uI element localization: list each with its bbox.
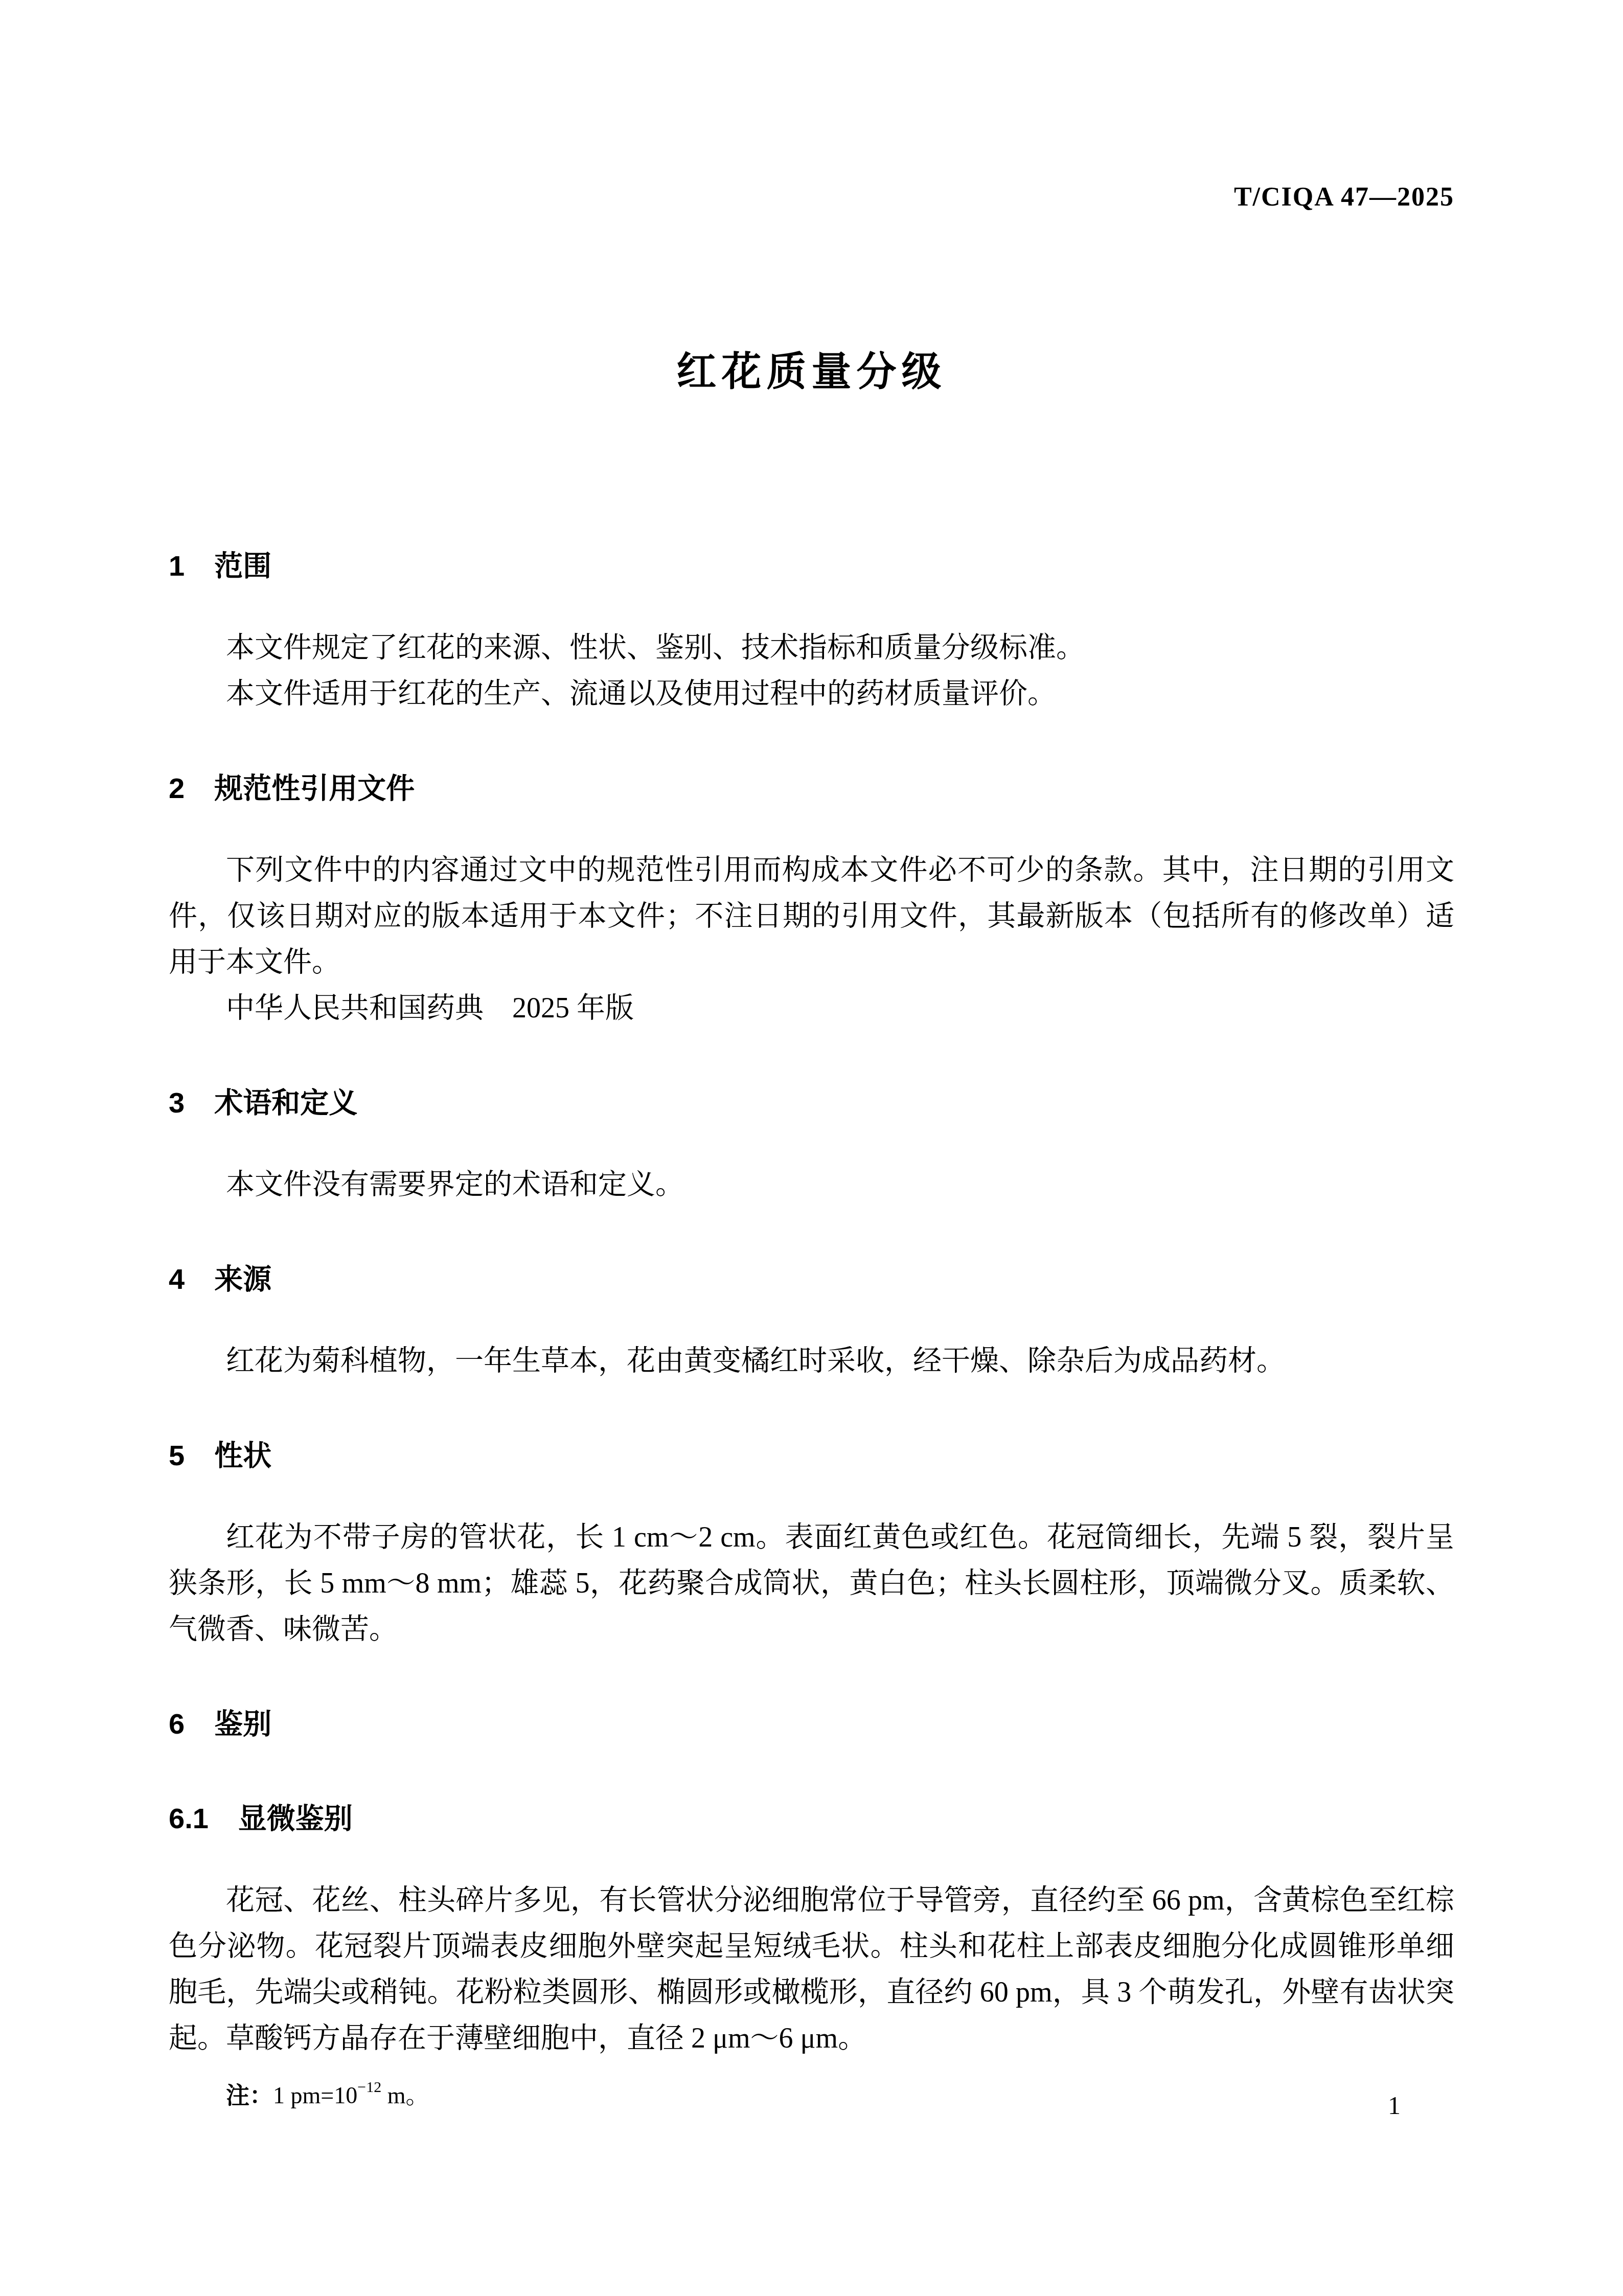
document-title: 红花质量分级 — [169, 344, 1454, 400]
subsection-heading: 6.1显微鉴别 — [169, 1795, 1454, 1842]
section-number: 2 — [169, 765, 185, 811]
section-source: 4来源 红花为菊科植物，一年生草本，花由黄变橘红时采收，经干燥、除杂后为成品药材… — [169, 1256, 1454, 1384]
section-heading: 3术语和定义 — [169, 1080, 1454, 1126]
document-page: T/CIQA 47—2025 红花质量分级 1范围 本文件规定了红花的来源、性状… — [0, 0, 1623, 2296]
section-number: 5 — [169, 1433, 185, 1479]
note-text: m。 — [381, 2082, 429, 2108]
section-heading: 5性状 — [169, 1433, 1454, 1479]
section-title: 鉴别 — [214, 1708, 271, 1740]
section-normative-references: 2规范性引用文件 下列文件中的内容通过文中的规范性引用而构成本文件必不可少的条款… — [169, 765, 1454, 1031]
section-identification: 6鉴别 — [169, 1701, 1454, 1747]
section-characteristics: 5性状 红花为不带子房的管状花，长 1 cm～2 cm。表面红黄色或红色。花冠筒… — [169, 1433, 1454, 1652]
section-title: 范围 — [214, 550, 271, 582]
section-title: 来源 — [214, 1263, 271, 1295]
section-number: 6 — [169, 1701, 185, 1747]
section-terms-definitions: 3术语和定义 本文件没有需要界定的术语和定义。 — [169, 1080, 1454, 1208]
note-superscript: −12 — [357, 2079, 381, 2096]
paragraph: 本文件没有需要界定的术语和定义。 — [169, 1162, 1454, 1208]
note-label: 注： — [226, 2082, 273, 2108]
paragraph: 花冠、花丝、柱头碎片多见，有长管状分泌细胞常位于导管旁，直径约至 66 pm，含… — [169, 1877, 1454, 2061]
page-number: 1 — [1388, 2090, 1401, 2121]
subsection-microscopic-identification: 6.1显微鉴别 花冠、花丝、柱头碎片多见，有长管状分泌细胞常位于导管旁，直径约至… — [169, 1795, 1454, 2114]
section-number: 1 — [169, 543, 185, 589]
section-number: 4 — [169, 1256, 185, 1302]
note-text: 1 pm=10 — [273, 2082, 357, 2108]
paragraph: 下列文件中的内容通过文中的规范性引用而构成本文件必不可少的条款。其中，注日期的引… — [169, 847, 1454, 985]
page-content: T/CIQA 47—2025 红花质量分级 1范围 本文件规定了红花的来源、性状… — [0, 0, 1623, 2114]
section-title: 术语和定义 — [214, 1086, 357, 1119]
section-title: 性状 — [214, 1439, 271, 1471]
standard-number-header: T/CIQA 47—2025 — [169, 0, 1454, 216]
section-heading: 6鉴别 — [169, 1701, 1454, 1747]
subsection-title: 显微鉴别 — [238, 1802, 353, 1834]
section-scope: 1范围 本文件规定了红花的来源、性状、鉴别、技术指标和质量分级标准。 本文件适用… — [169, 543, 1454, 717]
section-heading: 1范围 — [169, 543, 1454, 589]
section-number: 3 — [169, 1080, 185, 1126]
paragraph: 红花为不带子房的管状花，长 1 cm～2 cm。表面红黄色或红色。花冠筒细长，先… — [169, 1514, 1454, 1652]
section-heading: 2规范性引用文件 — [169, 765, 1454, 811]
section-title: 规范性引用文件 — [214, 772, 415, 804]
referenced-document: 中华人民共和国药典 2025 年版 — [169, 985, 1454, 1031]
paragraph: 本文件规定了红花的来源、性状、鉴别、技术指标和质量分级标准。 — [169, 625, 1454, 671]
section-heading: 4来源 — [169, 1256, 1454, 1302]
paragraph: 本文件适用于红花的生产、流通以及使用过程中的药材质量评价。 — [169, 671, 1454, 717]
footnote: 注：1 pm=10−12 m。 — [226, 2077, 1454, 2114]
paragraph: 红花为菊科植物，一年生草本，花由黄变橘红时采收，经干燥、除杂后为成品药材。 — [169, 1338, 1454, 1384]
subsection-number: 6.1 — [169, 1795, 209, 1842]
